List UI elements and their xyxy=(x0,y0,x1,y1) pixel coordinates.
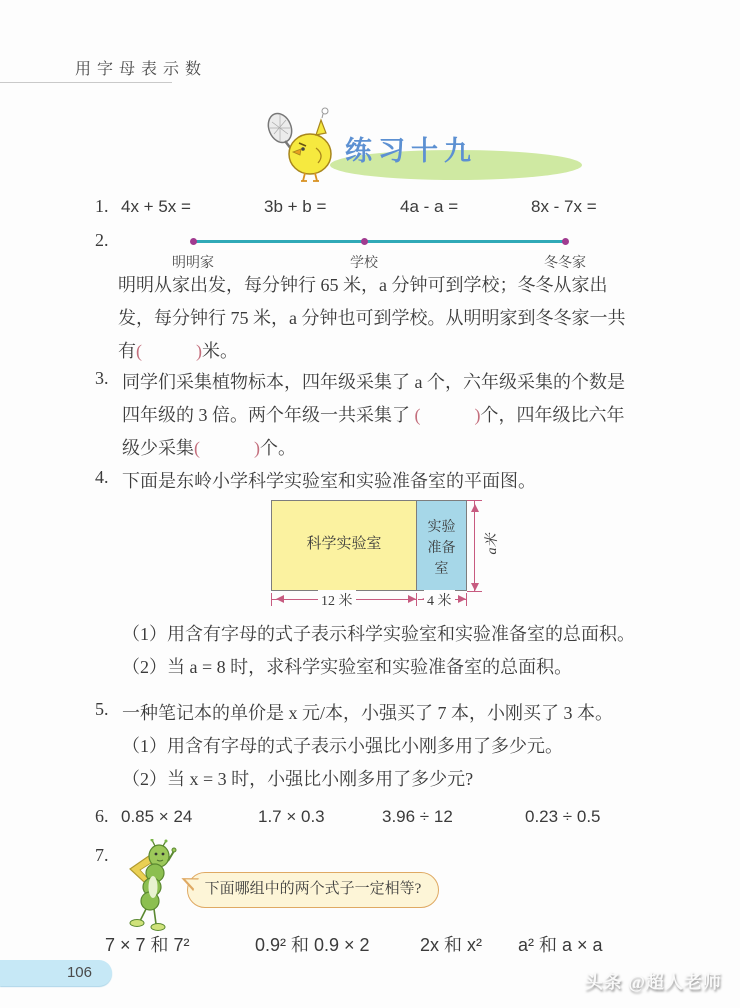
ex5-text: 一种笔记本的单价是 x 元/本，小强买了 7 本，小刚买了 3 本。 xyxy=(122,699,613,725)
ex4-number: 4. xyxy=(95,467,109,488)
ex2-number: 2. xyxy=(95,230,109,251)
height-dimension-line xyxy=(474,500,475,591)
route-line xyxy=(193,240,567,243)
header-divider xyxy=(0,82,172,83)
ex1-item: 3b + b = xyxy=(264,197,326,217)
ex1-item: 4x + 5x = xyxy=(121,197,191,217)
ex4-intro: 下面是东岭小学科学实验室和实验准备室的平面图。 xyxy=(122,467,536,493)
ex6-item: 3.96 ÷ 12 xyxy=(382,807,453,827)
ex4-subquestion-1: （1）用含有字母的式子表示科学实验室和实验准备室的总面积。 xyxy=(122,620,635,646)
ex7-number: 7. xyxy=(95,845,109,866)
ex1-number: 1. xyxy=(95,196,109,217)
ex2-blank-post: 米。 xyxy=(202,341,238,361)
section-header: 用字母表示数 xyxy=(75,56,207,79)
ex6-number: 6. xyxy=(95,806,109,827)
arrow-up-icon xyxy=(471,500,479,512)
route-label-dongdong: 冬冬家 xyxy=(544,252,586,272)
ex6-item: 1.7 × 0.3 xyxy=(258,807,325,827)
ex3-text-line: 同学们采集植物标本，四年级采集了 a 个，六年级采集的个数是 xyxy=(122,368,625,394)
ex5-number: 5. xyxy=(95,699,109,720)
lab-width-label: 12 米 xyxy=(318,590,356,610)
chick-badminton-illustration xyxy=(264,104,350,186)
ex2-text-line: 发，每分钟行 75 米，a 分钟也可到学校。从明明家到冬冬家一共 xyxy=(118,304,626,330)
ex3-blank1-parens: ( ) xyxy=(415,405,481,425)
prep-width-label: 4 米 xyxy=(424,590,455,610)
ex3-blank2-parens: ( ) xyxy=(194,438,260,458)
science-lab-label: 科学实验室 xyxy=(271,532,417,553)
route-point-dongdong xyxy=(562,238,569,245)
ex1-item: 8x - 7x = xyxy=(531,197,597,217)
ex3-text-line: 四年级的 3 倍。两个年级一共采集了 ( )个，四年级比六年 xyxy=(122,401,625,427)
watermark: 头条 @超人老师 xyxy=(585,968,722,994)
ex2-blank-parens: ( ) xyxy=(136,341,202,361)
ex7-item: 7 × 7 和 7² xyxy=(105,931,190,957)
ex7-item: 0.9² 和 0.9 × 2 xyxy=(255,931,370,957)
prep-room-label: 室 xyxy=(416,558,467,578)
ex1-item: 4a - a = xyxy=(400,197,458,217)
ex6-item: 0.85 × 24 xyxy=(121,807,192,827)
ex5-subquestion-2: （2）当 x = 3 时，小强比小刚多用了多少元? xyxy=(122,765,473,791)
ex2-text-line: 明明从家出发，每分钟行 65 米，a 分钟可到学校；冬冬从家出 xyxy=(118,271,608,297)
ex3-blank1-post: 个，四年级比六年 xyxy=(481,405,625,425)
route-point-school xyxy=(361,238,368,245)
prep-room-label: 实验 xyxy=(416,516,467,536)
caterpillar-illustration xyxy=(124,839,188,939)
ex6-item: 0.23 ÷ 0.5 xyxy=(525,807,601,827)
ex3-blank1-pre: 四年级的 3 倍。两个年级一共采集了 xyxy=(122,405,415,425)
ex2-blank-pre: 有 xyxy=(118,341,136,361)
route-point-mingming xyxy=(190,238,197,245)
ex3-text-line: 级少采集( )个。 xyxy=(122,434,296,460)
ex4-subquestion-2: （2）当 a = 8 时，求科学实验室和实验准备室的总面积。 xyxy=(122,653,572,679)
arrow-down-icon xyxy=(471,583,479,595)
arrow-right-icon xyxy=(458,595,470,603)
page-title: 练习十九 xyxy=(345,129,477,168)
ex7-item: a² 和 a × a xyxy=(518,931,603,957)
height-dimension-label: a米 xyxy=(481,527,501,561)
ex3-blank2-pre: 级少采集 xyxy=(122,438,194,458)
ex7-item: 2x 和 x² xyxy=(420,931,482,957)
ex2-text-line: 有( )米。 xyxy=(118,337,238,363)
route-label-mingming: 明明家 xyxy=(172,252,214,272)
ex5-subquestion-1: （1）用含有字母的式子表示小强比小刚多用了多少元。 xyxy=(122,732,563,758)
ex3-blank2-post: 个。 xyxy=(260,438,296,458)
page-number-badge: 106 xyxy=(0,960,112,986)
route-label-school: 学校 xyxy=(350,252,378,272)
speech-bubble: 下面哪组中的两个式子一定相等? xyxy=(187,872,439,908)
arrow-left-icon xyxy=(272,595,284,603)
ex3-number: 3. xyxy=(95,368,109,389)
prep-room-label: 准备 xyxy=(416,537,467,557)
